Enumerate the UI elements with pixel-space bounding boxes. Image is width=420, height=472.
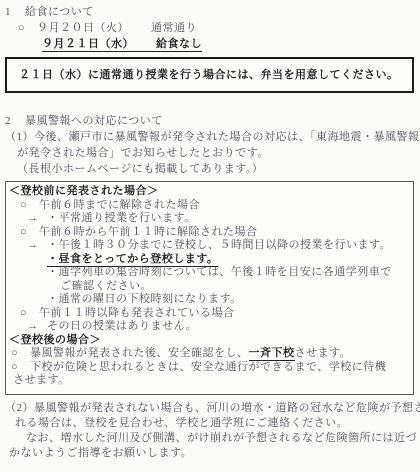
after-item1-pre: 暴風警報が発表された後、安全確認をし、 (30, 347, 249, 359)
arrow-icon: → (27, 212, 47, 226)
para1-line2: が発令された場合」でお知らせしたとおりです。 (5, 145, 414, 161)
before-case3-condition-text: 午前１１時以降も発表されている場合 (39, 307, 235, 319)
para1-label: （1） (5, 131, 34, 143)
after-item2-line1: ○下校が危険と思われるときは、安全な通行ができるまで、学校に待機 (9, 361, 409, 375)
after-item1-post: させます。 (295, 347, 352, 359)
before-case2-result4: ・通常の曜日の下校時刻になります。 (9, 293, 409, 307)
section1-number: 1 (5, 4, 25, 20)
para2-line1-text: 暴風警報が発表されない場合も、河川の増水・道路の冠水など危険が予想さ (34, 402, 420, 414)
before-case2-result2: ・昼食をとってから登校します。 (9, 253, 409, 267)
para2-line3: なお、増水した河川及び側溝、がけ崩れが予想されるなど危険箇所には近づ (5, 431, 414, 446)
para2-line4: かないようご指導をお願いします。 (5, 446, 414, 461)
before-case1-result-text: ・平常通り授業を行います。 (47, 212, 196, 224)
para1-line1: （1）今後、瀬戸市に暴風警報が発令された場合の対応は、「東海地震・暴風警報 (5, 129, 414, 145)
circle-bullet-icon: ○ (11, 361, 30, 375)
circle-bullet-icon: ○ (11, 347, 30, 361)
meal-row-normal: ○９月２０日（火）通常通り (5, 20, 414, 36)
after-item1: ○暴風警報が発表された後、安全確認をし、一斉下校させます。 (9, 347, 409, 361)
section2-title: 2暴風警報への対応について (5, 113, 414, 129)
after-item2-line1-text: 下校が危険と思われるときは、安全な通行ができるまで、学校に待機 (30, 361, 386, 373)
bento-notice-text: ２１日（水）に通常通り授業を行う場合には、弁当を用意してください。 (19, 67, 408, 83)
before-case3-condition: ○午前１１時以降も発表されている場合 (9, 307, 409, 321)
meal-normal-status: 通常通り (151, 22, 197, 34)
para2-label: （2） (5, 402, 34, 414)
meal-no-meal-status: 給食なし (156, 38, 202, 50)
before-case2-result1: →・午後１時３０分までに登校し、５時間目以降の授業を行います。 (9, 239, 409, 253)
section2-title-text: 暴風警報への対応について (25, 115, 163, 127)
before-case2-result1-text: ・午後１時３０分までに登校し、５時間目以降の授業を行います。 (47, 239, 391, 251)
arrow-icon: → (27, 239, 47, 253)
before-case3-result: →その日の授業はありません。 (9, 320, 409, 334)
section2-number: 2 (5, 113, 25, 129)
lunch-first-emphasis: ・昼食をとってから登校します。 (47, 253, 218, 267)
dismissal-emphasis: 一斉下校 (249, 347, 295, 361)
circle-bullet-icon: ○ (20, 226, 39, 240)
meal-normal-date: ９月２０日（火） (37, 22, 129, 34)
before-school-heading: ＜登校前に発表された場合＞ (9, 185, 409, 199)
para1-line1-text: 今後、瀬戸市に暴風警報が発令された場合の対応は、「東海地震・暴風警報 (34, 131, 420, 143)
storm-rules-box: ＜登校前に発表された場合＞ ○午前６時までに解除された場合 →・平常通り授業を行… (5, 181, 414, 395)
circle-bullet-icon: ○ (20, 199, 39, 213)
circle-bullet-icon: ○ (20, 307, 39, 321)
before-case2-result3-line2: ご確認ください。 (9, 280, 409, 294)
after-school-heading: ＜登校後の場合＞ (9, 334, 409, 348)
document-page: 1給食について ○９月２０日（火）通常通り ９月２１日（水）給食なし ２１日（水… (0, 0, 420, 461)
before-case1-condition: ○午前６時までに解除された場合 (9, 199, 409, 213)
before-case2-condition: ○午前６時から午前１１時に解除された場合 (9, 226, 409, 240)
bento-notice-box: ２１日（水）に通常通り授業を行う場合には、弁当を用意してください。 (5, 57, 414, 93)
before-case1-result: →・平常通り授業を行います。 (9, 212, 409, 226)
section1-title: 1給食について (5, 4, 414, 20)
circle-bullet-icon: ○ (18, 20, 37, 36)
storm-paragraph-1: （1）今後、瀬戸市に暴風警報が発令された場合の対応は、「東海地震・暴風警報 が発… (5, 129, 414, 177)
before-case3-result-text: その日の授業はありません。 (47, 320, 197, 332)
arrow-icon: → (27, 320, 47, 334)
meal-row-no-meal: ９月２１日（水）給食なし (5, 36, 414, 52)
after-item2-line2: させます。 (9, 374, 409, 388)
para2-line1: （2）暴風警報が発表されない場合も、河川の増水・道路の冠水など危険が予想さ (5, 401, 414, 416)
storm-paragraph-2: （2）暴風警報が発表されない場合も、河川の増水・道路の冠水など危険が予想さ れる… (5, 401, 414, 461)
before-case2-condition-text: 午前６時から午前１１時に解除された場合 (39, 226, 258, 238)
section1-title-text: 給食について (25, 6, 94, 18)
para2-line2: れる場合は、登校を見合わせ、学校と通学班にご連絡ください。 (5, 416, 414, 431)
para1-line3: （長根小ホームページにも掲載してあります。） (5, 161, 414, 177)
meal-no-meal-date: ９月２１日（水） (42, 38, 134, 50)
meal-no-meal-emphasis: ９月２１日（水）給食なし (42, 38, 202, 52)
before-case2-result3-line1: ・通学列車の集合時刻については、午後１時を目安に各通学列車で (9, 266, 409, 280)
before-case1-condition-text: 午前６時までに解除された場合 (39, 199, 200, 211)
